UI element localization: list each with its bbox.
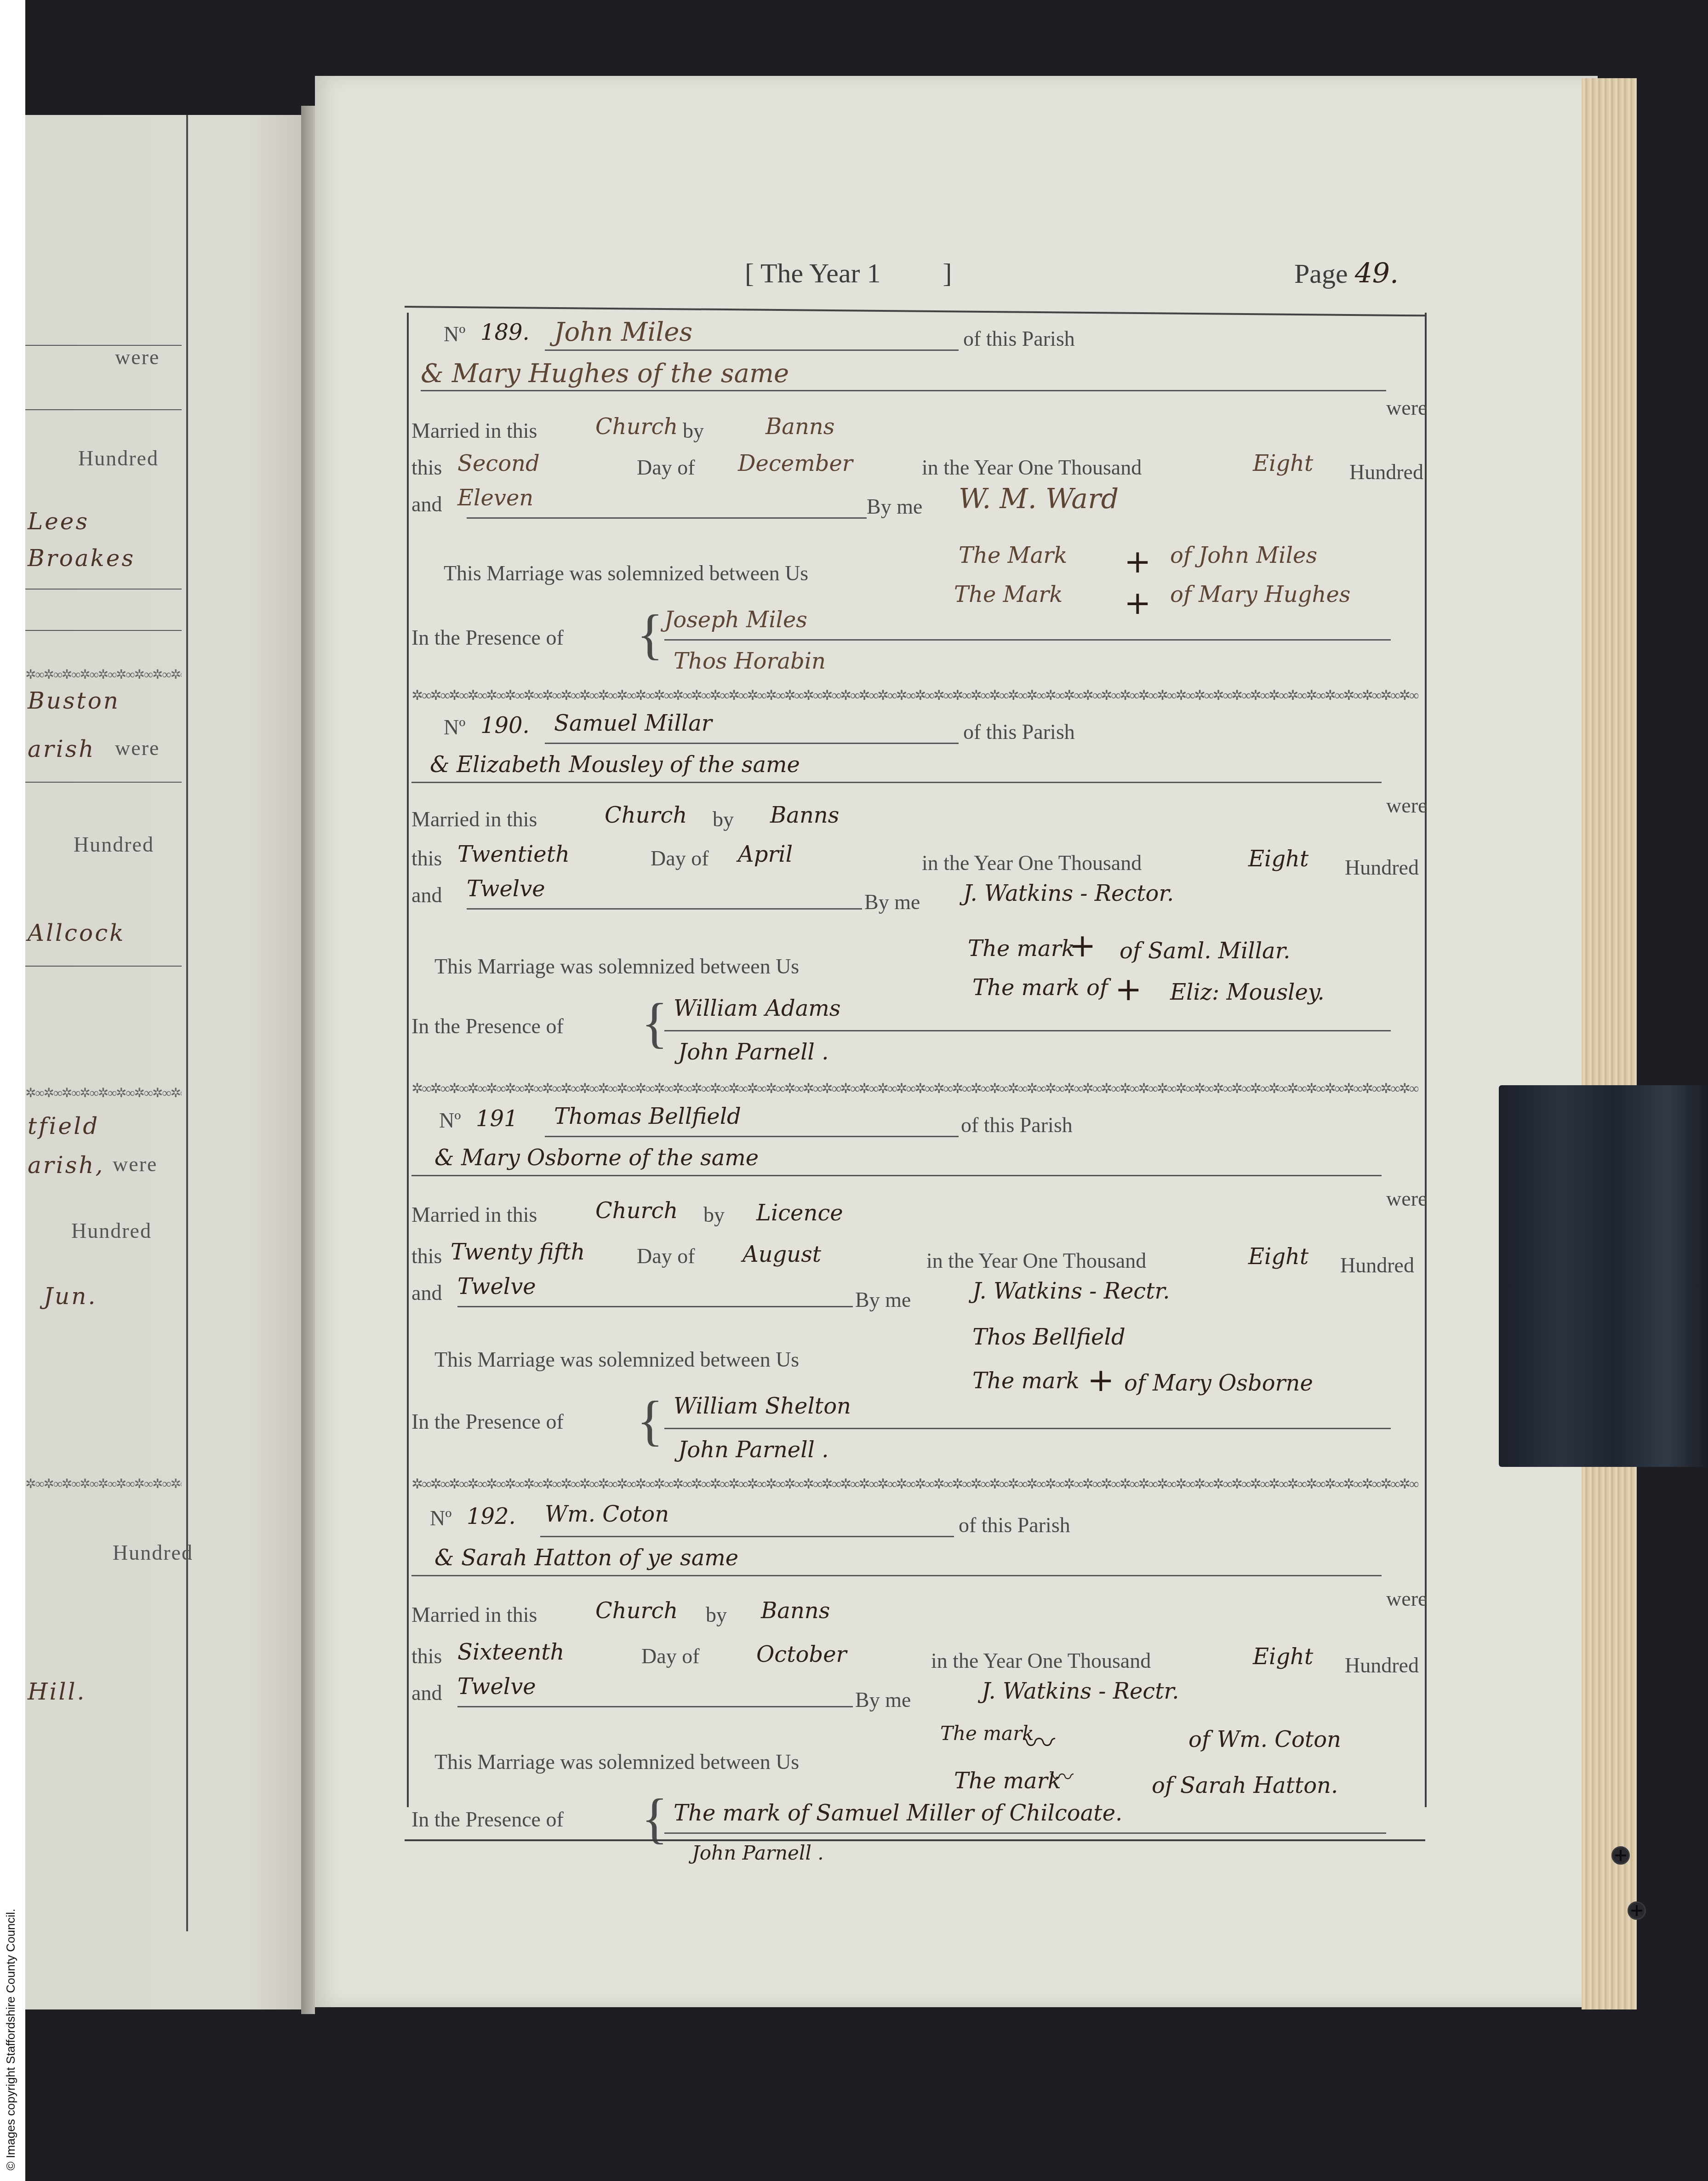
witness-1: William Adams — [674, 996, 840, 1021]
groom-name: John Miles — [554, 317, 692, 347]
year-label: [ The Year 1 — [745, 258, 881, 288]
day: Twentieth — [457, 841, 570, 867]
hundred-label: Hundred — [1349, 460, 1423, 484]
officiant: J. Watkins - Rectr. — [982, 1678, 1179, 1704]
brace-icon: { — [641, 1791, 668, 1846]
ornamental-divider: ✲∞✲∞✲∞✲∞✲∞✲∞✲∞✲∞✲∞✲∞✲∞✲∞✲∞✲∞✲∞✲∞✲∞✲∞✲∞✲∞… — [411, 687, 1418, 701]
number-prefix: Nº — [444, 715, 465, 739]
signature-2: The Mark — [954, 582, 1063, 607]
century: Eight — [1253, 1644, 1313, 1670]
were-label: were — [1386, 793, 1427, 818]
by-label: by — [683, 418, 704, 443]
were-label: were — [1386, 1186, 1427, 1211]
left-fragment: Lees — [28, 508, 89, 535]
signature-2-of: of Mary Hughes — [1170, 582, 1350, 607]
entry-number: 189. — [480, 320, 530, 345]
presence-label: In the Presence of — [411, 1014, 564, 1038]
officiant: W. M. Ward — [959, 483, 1119, 515]
entry-number: 191 — [476, 1106, 518, 1132]
witness-2: Thos Horabin — [674, 648, 826, 674]
presence-label: In the Presence of — [411, 1409, 564, 1434]
left-rule — [25, 966, 182, 967]
solemnized-label: This Marriage was solemnized between Us — [434, 954, 799, 979]
entry-number: 192. — [467, 1504, 516, 1529]
groom-name: Samuel Millar — [554, 710, 712, 736]
rule — [540, 1536, 954, 1537]
rule — [664, 1030, 1391, 1031]
solemnized-label: This Marriage was solemnized between Us — [434, 1347, 799, 1372]
left-page: were Hundred Lees Broakes ✲∞✲∞✲∞✲∞✲∞✲∞✲∞… — [25, 115, 301, 2009]
day-of-label: Day of — [651, 846, 708, 870]
month: August — [743, 1242, 821, 1267]
groom-name: Thomas Bellfield — [554, 1104, 741, 1129]
by-label: by — [713, 807, 734, 831]
brace-icon: { — [641, 996, 668, 1051]
and-label: and — [411, 1281, 442, 1305]
left-rule — [25, 409, 182, 410]
bride-line: & Sarah Hatton of ye same — [434, 1545, 738, 1571]
and-label: and — [411, 883, 442, 907]
left-rule — [25, 630, 182, 631]
left-fragment: Hundred — [78, 446, 159, 470]
by-method: Licence — [756, 1200, 843, 1226]
place: Church — [595, 1198, 678, 1224]
signature-2: The mark — [954, 1768, 1061, 1794]
book-gutter — [301, 106, 315, 2014]
in-the-year-label: in the Year One Thousand — [931, 1649, 1151, 1673]
signature-2: The mark — [972, 1368, 1080, 1394]
number-prefix: Nº — [444, 322, 465, 346]
this-label: this — [411, 846, 442, 870]
left-ornament: ✲∞✲∞✲∞✲∞✲∞✲∞✲∞✲∞✲∞✲∞✲∞✲∞✲∞✲∞✲∞✲∞✲∞✲∞✲∞✲∞… — [25, 1476, 182, 1492]
left-fragment: Hundred — [113, 1540, 193, 1565]
left-fragment: were — [113, 1152, 157, 1176]
in-the-year-label: in the Year One Thousand — [926, 1248, 1146, 1273]
hundred-label: Hundred — [1345, 855, 1419, 880]
signature-1: The Mark — [959, 543, 1067, 568]
signature-1-of: of Saml. Millar. — [1120, 938, 1291, 964]
cross-mark-icon: + — [1069, 927, 1096, 964]
day: Twenty fifth — [451, 1239, 585, 1265]
witness-2: John Parnell . — [692, 1842, 824, 1864]
in-the-year-label: in the Year One Thousand — [922, 851, 1142, 875]
were-label: were — [1386, 1586, 1427, 1611]
screw-icon — [1628, 1901, 1646, 1920]
ornamental-divider: ✲∞✲∞✲∞✲∞✲∞✲∞✲∞✲∞✲∞✲∞✲∞✲∞✲∞✲∞✲∞✲∞✲∞✲∞✲∞✲∞… — [411, 1476, 1418, 1490]
of-parish-label: of this Parish — [963, 720, 1075, 744]
witness-2: John Parnell . — [678, 1437, 828, 1463]
of-parish-label: of this Parish — [963, 326, 1075, 351]
wavy-mark-icon: 〰 — [1023, 1717, 1051, 1764]
left-fragment: tfield — [28, 1113, 99, 1139]
year-word: Twelve — [467, 876, 545, 902]
left-rule — [25, 589, 182, 590]
page-edges — [1582, 78, 1637, 2009]
solemnized-label: This Marriage was solemnized between Us — [444, 561, 808, 585]
this-label: this — [411, 1244, 442, 1268]
century: Eight — [1248, 1244, 1308, 1270]
year-word: Twelve — [457, 1274, 536, 1299]
marriage-entry-189: Nº 189. John Miles of this Parish & Mary… — [407, 317, 1423, 713]
century: Eight — [1253, 451, 1313, 476]
by-method: Banns — [770, 802, 839, 828]
rule — [467, 908, 862, 910]
bottom-rule — [405, 1839, 1425, 1841]
day: Second — [457, 451, 540, 476]
cross-mark-icon: + — [1124, 543, 1151, 580]
married-in-this-label: Married in this — [411, 418, 537, 443]
rule — [457, 1306, 853, 1307]
brace-icon: { — [637, 607, 663, 662]
bride-line: & Elizabeth Mousley of the same — [430, 752, 800, 778]
year-heading: [ The Year 1 ] — [745, 258, 952, 289]
and-label: and — [411, 492, 442, 516]
marriage-entry-191: ✲∞✲∞✲∞✲∞✲∞✲∞✲∞✲∞✲∞✲∞✲∞✲∞✲∞✲∞✲∞✲∞✲∞✲∞✲∞✲∞… — [407, 1081, 1423, 1476]
signature-1: The mark — [940, 1722, 1034, 1745]
year-word: Eleven — [457, 485, 533, 511]
left-fragment: were — [115, 736, 160, 760]
number-prefix: Nº — [439, 1108, 461, 1133]
rule — [664, 1428, 1391, 1429]
book-clasp-strap — [1499, 1085, 1708, 1467]
day-of-label: Day of — [637, 1244, 695, 1268]
bride-line: & Mary Hughes of the same — [421, 359, 789, 389]
groom-name: Wm. Coton — [545, 1501, 669, 1527]
month: October — [756, 1642, 847, 1667]
married-in-this-label: Married in this — [411, 1202, 537, 1227]
signature-1: Thos Bellfield — [972, 1324, 1125, 1350]
signature-1-of: of Wm. Coton — [1188, 1727, 1341, 1752]
left-fragment: Hundred — [74, 832, 154, 857]
in-the-year-label: in the Year One Thousand — [922, 455, 1142, 480]
rule — [545, 743, 959, 744]
by-me-label: By me — [855, 1288, 911, 1312]
left-fragment: arish, — [28, 1152, 104, 1179]
left-page-frame-line — [186, 115, 188, 1931]
left-fragment: Jun. — [44, 1283, 97, 1310]
witness-1: William Shelton — [674, 1393, 851, 1419]
number-prefix: Nº — [430, 1506, 451, 1530]
left-rule — [25, 782, 182, 783]
officiant: J. Watkins - Rector. — [963, 881, 1174, 906]
left-fragment: Broakes — [28, 545, 135, 572]
century: Eight — [1248, 846, 1308, 872]
rule — [664, 639, 1391, 641]
this-label: this — [411, 1644, 442, 1668]
left-fragment: Hill. — [28, 1678, 86, 1705]
place: Church — [595, 1598, 678, 1624]
page-label: Page — [1294, 258, 1348, 289]
signature-2-of: of Mary Osborne — [1124, 1370, 1313, 1396]
left-ornament: ✲∞✲∞✲∞✲∞✲∞✲∞✲∞✲∞✲∞✲∞✲∞✲∞✲∞✲∞✲∞✲∞✲∞✲∞✲∞✲∞… — [25, 1085, 182, 1101]
witness-1: The mark of Samuel Miller of Chilcoate. — [674, 1800, 1122, 1826]
left-ornament: ✲∞✲∞✲∞✲∞✲∞✲∞✲∞✲∞✲∞✲∞✲∞✲∞✲∞✲∞✲∞✲∞✲∞✲∞✲∞✲∞… — [25, 667, 182, 682]
place: Church — [605, 802, 687, 828]
copyright-notice: © Images copyright Staffordshire County … — [4, 1909, 18, 2170]
left-fragment: were — [115, 345, 160, 369]
witness-2: John Parnell . — [678, 1039, 828, 1065]
marriage-entry-190: ✲∞✲∞✲∞✲∞✲∞✲∞✲∞✲∞✲∞✲∞✲∞✲∞✲∞✲∞✲∞✲∞✲∞✲∞✲∞✲∞… — [407, 687, 1423, 1083]
wavy-mark-icon: 〰 — [1051, 1759, 1074, 1792]
page-number: Page 49. — [1294, 258, 1399, 290]
and-label: and — [411, 1681, 442, 1705]
ornamental-divider: ✲∞✲∞✲∞✲∞✲∞✲∞✲∞✲∞✲∞✲∞✲∞✲∞✲∞✲∞✲∞✲∞✲∞✲∞✲∞✲∞… — [411, 1081, 1418, 1094]
rule — [411, 1575, 1382, 1576]
by-me-label: By me — [855, 1688, 911, 1712]
rule — [545, 349, 959, 351]
rule — [421, 390, 1386, 391]
of-parish-label: of this Parish — [961, 1113, 1073, 1137]
day-of-label: Day of — [637, 455, 695, 480]
day: Sixteenth — [457, 1639, 565, 1665]
left-fragment: Hundred — [71, 1219, 152, 1243]
left-fragment: Allcock — [28, 920, 126, 946]
were-label: were — [1386, 395, 1427, 420]
month: April — [738, 841, 793, 867]
by-method: Banns — [761, 1598, 830, 1624]
year-close-bracket: ] — [943, 258, 952, 288]
year-word: Twelve — [457, 1674, 536, 1700]
place: Church — [595, 414, 678, 440]
day-of-label: Day of — [641, 1644, 699, 1668]
signature-1: The mark — [968, 936, 1075, 962]
brace-icon: { — [637, 1393, 663, 1448]
signature-1-of: of John Miles — [1170, 543, 1317, 568]
presence-label: In the Presence of — [411, 625, 564, 650]
page-number-value: 49. — [1355, 258, 1399, 290]
solemnized-label: This Marriage was solemnized between Us — [434, 1750, 799, 1774]
married-in-this-label: Married in this — [411, 807, 537, 831]
screw-icon — [1611, 1846, 1630, 1865]
rule — [411, 782, 1382, 783]
rule — [467, 517, 867, 519]
rule — [545, 1136, 959, 1137]
left-fragment: Buston — [28, 687, 120, 714]
by-label: by — [706, 1603, 727, 1627]
marriage-entry-192: ✲∞✲∞✲∞✲∞✲∞✲∞✲∞✲∞✲∞✲∞✲∞✲∞✲∞✲∞✲∞✲∞✲∞✲∞✲∞✲∞… — [407, 1476, 1423, 1872]
by-me-label: By me — [867, 494, 922, 519]
by-label: by — [703, 1202, 725, 1227]
hundred-label: Hundred — [1345, 1653, 1419, 1677]
by-me-label: By me — [864, 890, 920, 914]
rule — [411, 1175, 1382, 1176]
hundred-label: Hundred — [1340, 1253, 1414, 1277]
officiant: J. Watkins - Rectr. — [972, 1278, 1170, 1304]
entry-number: 190. — [480, 713, 530, 738]
this-label: this — [411, 455, 442, 480]
presence-label: In the Presence of — [411, 1807, 564, 1832]
by-method: Banns — [765, 414, 834, 440]
bride-line: & Mary Osborne of the same — [434, 1145, 759, 1171]
witness-1: Joseph Miles — [664, 607, 807, 633]
copyright-strip: © Images copyright Staffordshire County … — [0, 0, 25, 2181]
left-fragment: arish — [28, 736, 96, 762]
rule — [457, 1706, 853, 1707]
month: December — [738, 451, 853, 476]
of-parish-label: of this Parish — [959, 1513, 1070, 1537]
married-in-this-label: Married in this — [411, 1603, 537, 1627]
rule — [664, 1832, 1386, 1834]
